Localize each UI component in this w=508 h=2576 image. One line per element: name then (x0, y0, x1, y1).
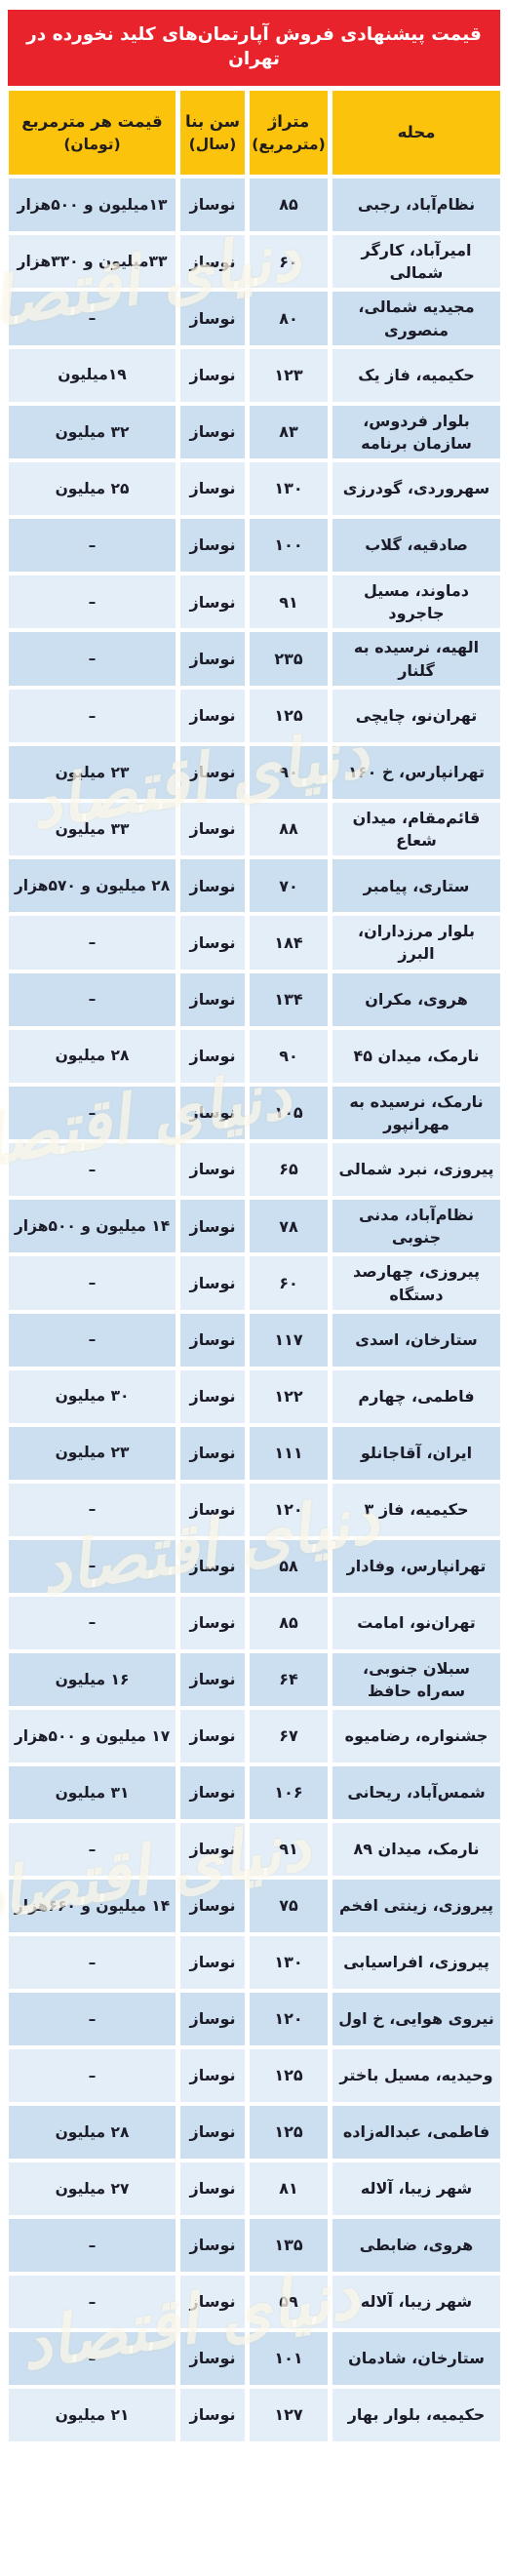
cell-price: ۳۳ میلیون (9, 803, 176, 855)
cell-price: – (9, 632, 176, 685)
cell-neighborhood: بلوار فردوس، سازمان برنامه (332, 406, 500, 458)
cell-area: ۱۰۵ (250, 1087, 328, 1139)
cell-price: – (9, 2219, 176, 2272)
header-label: متراژ (268, 110, 309, 134)
cell-age: نوساز (180, 1880, 245, 1932)
cell-neighborhood: حکیمیه، فاز ۳ (332, 1484, 500, 1536)
cell-age: نوساز (180, 632, 245, 685)
cell-neighborhood: نظام‌آباد، رجبی (332, 178, 500, 231)
cell-age: نوساز (180, 1993, 245, 2045)
cell-price: ۲۸ میلیون (9, 1030, 176, 1083)
cell-neighborhood: مجیدیه شمالی، منصوری (332, 292, 500, 344)
cell-area: ۱۲۵ (250, 690, 328, 742)
cell-price: – (9, 1256, 176, 1309)
cell-area: ۸۰ (250, 292, 328, 344)
cell-price: – (9, 1936, 176, 1989)
cell-neighborhood: نارمک، نرسیده به مهرانپور (332, 1087, 500, 1139)
cell-neighborhood: نظام‌آباد، مدنی جنوبی (332, 1200, 500, 1252)
cell-area: ۸۵ (250, 178, 328, 231)
cell-area: ۱۱۱ (250, 1427, 328, 1480)
cell-neighborhood: نارمک، میدان ۴۵ (332, 1030, 500, 1083)
cell-area: ۷۸ (250, 1200, 328, 1252)
cell-price: – (9, 1597, 176, 1649)
cell-price: ۲۳ میلیون (9, 746, 176, 799)
cell-neighborhood: ستارخان، شادمان (332, 2332, 500, 2385)
cell-age: نوساز (180, 690, 245, 742)
cell-area: ۷۰ (250, 859, 328, 912)
cell-age: نوساز (180, 1314, 245, 1367)
cell-price: – (9, 2276, 176, 2328)
cell-neighborhood: تهران‌نو، امامت (332, 1597, 500, 1649)
header-cell-area: متراژ(مترمربع) (250, 91, 328, 175)
cell-neighborhood: دماوند، مسیل جاجرود (332, 575, 500, 628)
cell-price: – (9, 1823, 176, 1876)
cell-area: ۸۵ (250, 1597, 328, 1649)
cell-age: نوساز (180, 746, 245, 799)
cell-price: – (9, 973, 176, 1026)
cell-age: نوساز (180, 2106, 245, 2159)
cell-neighborhood: هروی، مکران (332, 973, 500, 1026)
cell-area: ۱۳۰ (250, 1936, 328, 1989)
cell-area: ۱۰۶ (250, 1766, 328, 1819)
header-label: سن بنا (185, 110, 240, 134)
cell-age: نوساز (180, 1200, 245, 1252)
cell-area: ۱۰۰ (250, 519, 328, 572)
cell-area: ۸۸ (250, 803, 328, 855)
cell-area: ۸۳ (250, 406, 328, 458)
cell-neighborhood: سبلان جنوبی، سه‌راه حافظ (332, 1653, 500, 1706)
cell-age: نوساز (180, 1766, 245, 1819)
cell-age: نوساز (180, 575, 245, 628)
cell-price: ۳۳میلیون و ۳۳۰هزار (9, 235, 176, 288)
cell-price: – (9, 690, 176, 742)
cell-price: – (9, 1540, 176, 1593)
cell-price: – (9, 1993, 176, 2045)
cell-area: ۹۱ (250, 575, 328, 628)
cell-area: ۱۳۴ (250, 973, 328, 1026)
cell-age: نوساز (180, 916, 245, 969)
cell-price: ۲۸ میلیون (9, 2106, 176, 2159)
cell-age: نوساز (180, 1427, 245, 1480)
cell-age: نوساز (180, 2219, 245, 2272)
cell-area: ۹۰ (250, 746, 328, 799)
cell-age: نوساز (180, 803, 245, 855)
cell-neighborhood: صادقیه، گلاب (332, 519, 500, 572)
cell-age: نوساز (180, 1540, 245, 1593)
cell-neighborhood: شمس‌آباد، ریحانی (332, 1766, 500, 1819)
cell-neighborhood: شهر زیبا، آلاله (332, 2276, 500, 2328)
cell-neighborhood: بلوار مرزداران، البرز (332, 916, 500, 969)
price-table: محلهمتراژ(مترمربع)سن بنا(سال)قیمت هر متر… (8, 91, 500, 2441)
apartment-price-infographic: قیمت پیشنهادی فروش آپارتمان‌های کلید نخو… (0, 0, 508, 2451)
cell-area: ۶۵ (250, 1143, 328, 1196)
cell-neighborhood: پیروزی، چهارصد دستگاه (332, 1256, 500, 1309)
cell-price: ۲۸ میلیون و ۵۷۰هزار (9, 859, 176, 912)
cell-age: نوساز (180, 1087, 245, 1139)
cell-age: نوساز (180, 349, 245, 402)
cell-neighborhood: پیروزی، زینتی افخم (332, 1880, 500, 1932)
header-label: محله (398, 121, 436, 144)
cell-area: ۱۲۲ (250, 1370, 328, 1423)
cell-price: – (9, 1314, 176, 1367)
cell-age: نوساز (180, 1936, 245, 1989)
cell-neighborhood: پیروزی، افراسیابی (332, 1936, 500, 1989)
cell-neighborhood: جشنواره، رضامیوه (332, 1710, 500, 1763)
cell-age: نوساز (180, 2389, 245, 2441)
cell-age: نوساز (180, 859, 245, 912)
cell-neighborhood: نیروی هوایی، خ اول (332, 1993, 500, 2045)
cell-neighborhood: ستاری، پیامبر (332, 859, 500, 912)
cell-age: نوساز (180, 1597, 245, 1649)
cell-age: نوساز (180, 973, 245, 1026)
cell-age: نوساز (180, 1823, 245, 1876)
cell-area: ۱۲۵ (250, 2049, 328, 2102)
cell-price: ۱۴ میلیون و ۵۰۰هزار (9, 1200, 176, 1252)
header-sublabel: (سال) (189, 134, 237, 155)
cell-area: ۵۸ (250, 1540, 328, 1593)
cell-area: ۹۰ (250, 1030, 328, 1083)
cell-age: نوساز (180, 406, 245, 458)
cell-price: ۱۹میلیون (9, 349, 176, 402)
cell-area: ۱۲۳ (250, 349, 328, 402)
cell-price: – (9, 2332, 176, 2385)
page-title: قیمت پیشنهادی فروش آپارتمان‌های کلید نخو… (8, 10, 500, 86)
cell-price: – (9, 575, 176, 628)
cell-price: – (9, 2049, 176, 2102)
cell-price: ۳۲ میلیون (9, 406, 176, 458)
cell-price: – (9, 519, 176, 572)
cell-age: نوساز (180, 178, 245, 231)
cell-area: ۹۱ (250, 1823, 328, 1876)
cell-area: ۱۳۰ (250, 462, 328, 515)
cell-area: ۶۷ (250, 1710, 328, 1763)
cell-age: نوساز (180, 1256, 245, 1309)
cell-area: ۱۰۱ (250, 2332, 328, 2385)
cell-age: نوساز (180, 1030, 245, 1083)
cell-neighborhood: امیرآباد، کارگر شمالی (332, 235, 500, 288)
cell-age: نوساز (180, 2049, 245, 2102)
header-sublabel: (مترمربع) (252, 134, 325, 155)
cell-area: ۶۰ (250, 1256, 328, 1309)
cell-age: نوساز (180, 1484, 245, 1536)
cell-price: – (9, 1484, 176, 1536)
cell-age: نوساز (180, 1143, 245, 1196)
cell-price: – (9, 1087, 176, 1139)
cell-neighborhood: فاطمی، عبداله‌زاده (332, 2106, 500, 2159)
cell-neighborhood: فاطمی، چهارم (332, 1370, 500, 1423)
cell-age: نوساز (180, 1653, 245, 1706)
cell-area: ۲۳۵ (250, 632, 328, 685)
cell-price: – (9, 1143, 176, 1196)
cell-price: – (9, 292, 176, 344)
header-sublabel: (تومان) (63, 134, 120, 155)
cell-age: نوساز (180, 519, 245, 572)
cell-neighborhood: قائم‌مقام، میدان شعاع (332, 803, 500, 855)
header-cell-price: قیمت هر مترمربع(تومان) (9, 91, 176, 175)
cell-price: ۲۱ میلیون (9, 2389, 176, 2441)
cell-neighborhood: پیروزی، نبرد شمالی (332, 1143, 500, 1196)
cell-price: – (9, 916, 176, 969)
cell-age: نوساز (180, 2162, 245, 2215)
cell-age: نوساز (180, 462, 245, 515)
cell-area: ۸۱ (250, 2162, 328, 2215)
cell-age: نوساز (180, 2332, 245, 2385)
cell-neighborhood: تهرانپارس، خ ۱۶۰ (332, 746, 500, 799)
cell-area: ۶۰ (250, 235, 328, 288)
cell-age: نوساز (180, 1710, 245, 1763)
cell-price: ۱۴ میلیون و ۶۶۰هزار (9, 1880, 176, 1932)
cell-price: ۳۱ میلیون (9, 1766, 176, 1819)
cell-area: ۶۴ (250, 1653, 328, 1706)
cell-price: ۳۰ میلیون (9, 1370, 176, 1423)
cell-area: ۱۲۷ (250, 2389, 328, 2441)
cell-neighborhood: تهرانپارس، وفادار (332, 1540, 500, 1593)
cell-age: نوساز (180, 1370, 245, 1423)
cell-area: ۱۲۰ (250, 1993, 328, 2045)
cell-neighborhood: الهیه، نرسیده به گلنار (332, 632, 500, 685)
cell-neighborhood: ایران، آقاجانلو (332, 1427, 500, 1480)
cell-price: ۲۷ میلیون (9, 2162, 176, 2215)
cell-neighborhood: سهروردی، گودرزی (332, 462, 500, 515)
cell-price: ۲۳ میلیون (9, 1427, 176, 1480)
cell-area: ۱۱۷ (250, 1314, 328, 1367)
cell-age: نوساز (180, 292, 245, 344)
header-cell-neighborhood: محله (332, 91, 500, 175)
cell-age: نوساز (180, 235, 245, 288)
cell-area: ۷۵ (250, 1880, 328, 1932)
cell-area: ۱۲۰ (250, 1484, 328, 1536)
cell-neighborhood: حکیمیه، بلوار بهار (332, 2389, 500, 2441)
cell-price: ۱۳میلیون و ۵۰۰هزار (9, 178, 176, 231)
cell-neighborhood: هروی، ضابطی (332, 2219, 500, 2272)
cell-price: ۱۷ میلیون و ۵۰۰هزار (9, 1710, 176, 1763)
cell-neighborhood: ستارخان، اسدی (332, 1314, 500, 1367)
cell-price: ۱۶ میلیون (9, 1653, 176, 1706)
cell-area: ۱۸۴ (250, 916, 328, 969)
header-cell-age: سن بنا(سال) (180, 91, 245, 175)
cell-area: ۱۲۵ (250, 2106, 328, 2159)
cell-neighborhood: وحیدیه، مسیل باختر (332, 2049, 500, 2102)
cell-neighborhood: نارمک، میدان ۸۹ (332, 1823, 500, 1876)
cell-area: ۵۹ (250, 2276, 328, 2328)
cell-age: نوساز (180, 2276, 245, 2328)
cell-neighborhood: حکیمیه، فاز یک (332, 349, 500, 402)
cell-area: ۱۳۵ (250, 2219, 328, 2272)
cell-neighborhood: تهران‌نو، چایچی (332, 690, 500, 742)
cell-neighborhood: شهر زیبا، آلاله (332, 2162, 500, 2215)
cell-price: ۲۵ میلیون (9, 462, 176, 515)
header-label: قیمت هر مترمربع (21, 110, 162, 134)
